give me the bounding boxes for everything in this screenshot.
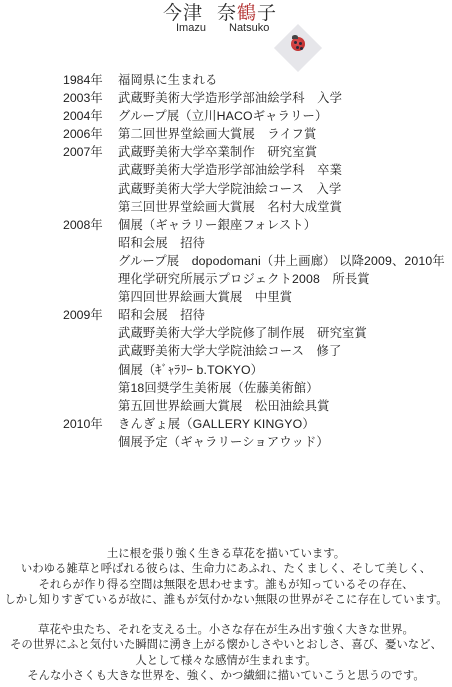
timeline-year [63,397,118,415]
timeline-year: 2006年 [63,125,118,143]
artist-given-name-romaji: Natsuko [229,22,269,34]
biography-timeline: 1984年福岡県に生まれる 2003年武蔵野美術大学造形学部油絵学科 入学 20… [63,71,452,451]
timeline-event: 第二回世界堂絵画大賞展 ライフ賞 [118,125,316,143]
timeline-row: 武蔵野美術大学大学院修了制作展 研究室賞 [63,324,452,342]
statement-line: 土に根を張り強く生きる草花を描いています。 [0,547,452,562]
timeline-year [63,288,118,306]
timeline-event: 武蔵野美術大学造形学部油絵学科 入学 [118,89,342,107]
timeline-event: 第五回世界絵画大賞展 松田油絵具賞 [118,397,330,415]
timeline-event: 昭和会展 招待 [118,306,205,324]
timeline-row: 2010年きんぎょ展（GALLERY KINGYO） [63,415,452,433]
statement-line: 草花や虫たち、それを支える土。小さな存在が生み出す強く大きな世界。 [0,623,452,638]
timeline-event: 個展（ｷﾞｬﾗﾘｰ b.TOKYO） [118,361,263,379]
timeline-year: 2010年 [63,415,118,433]
timeline-year [63,161,118,179]
statement-line: それらが作り得る空間は無限を思わせます。誰もが知っているその存在、 [0,578,452,593]
timeline-row: 第18回奨学生美術展（佐藤美術館） [63,379,452,397]
timeline-year [63,270,118,288]
timeline-year [63,234,118,252]
timeline-year [63,379,118,397]
timeline-row: 昭和会展 招待 [63,234,452,252]
timeline-year: 2008年 [63,216,118,234]
artist-family-name-romaji: Imazu [176,22,206,34]
timeline-row: 武蔵野美術大学造形学部油絵学科 卒業 [63,161,452,179]
timeline-row: 2008年個展（ギャラリー銀座フォレスト） [63,216,452,234]
timeline-event: 第三回世界堂絵画大賞展 名村大成堂賞 [118,198,342,216]
timeline-year [63,433,118,451]
timeline-year: 1984年 [63,71,118,89]
given-name-suffix: 子 [257,2,277,24]
statement-line: いわゆる雑草と呼ばれる彼らは、生命力にあふれ、たくましく、そして美しく、 [0,562,452,577]
timeline-event: 武蔵野美術大学大学院油絵コース 修了 [118,342,341,360]
timeline-row: 個展（ｷﾞｬﾗﾘｰ b.TOKYO） [63,361,452,379]
timeline-event: 第四回世界絵画大賞展 中里賞 [118,288,292,306]
timeline-event: 武蔵野美術大学大学院油絵コース 入学 [118,180,341,198]
timeline-row: 2009年昭和会展 招待 [63,306,452,324]
timeline-year: 2003年 [63,89,118,107]
timeline-row: 武蔵野美術大学大学院油絵コース 入学 [63,180,452,198]
timeline-event: 武蔵野美術大学大学院修了制作展 研究室賞 [118,324,367,342]
timeline-row: 2006年第二回世界堂絵画大賞展 ライフ賞 [63,125,452,143]
timeline-year [63,198,118,216]
timeline-row: 2003年武蔵野美術大学造形学部油絵学科 入学 [63,89,452,107]
timeline-event: 武蔵野美術大学造形学部油絵学科 卒業 [118,161,342,179]
timeline-row: 1984年福岡県に生まれる [63,71,452,89]
timeline-row: 2007年武蔵野美術大学卒業制作 研究室賞 [63,143,452,161]
timeline-row: 第三回世界堂絵画大賞展 名村大成堂賞 [63,198,452,216]
timeline-row: 2004年グループ展（立川HACOギャラリー） [63,107,452,125]
timeline-event: グループ展（立川HACOギャラリー） [118,107,327,125]
timeline-year: 2007年 [63,143,118,161]
profile-header: 今津奈鶴子 Imazu Natsuko [0,0,452,60]
timeline-event: 個展予定（ギャラリーショアウッド） [118,433,329,451]
timeline-row: 個展予定（ギャラリーショアウッド） [63,433,452,451]
statement-line: しかし知りすぎているが故に、誰もが気付かない無限の世界がそこに存在しています。 [0,593,452,608]
timeline-event: 福岡県に生まれる [118,71,218,89]
statement-line: そんな小さくも大きな世界を、強く、かつ繊細に描いていこうと思うのです。 [0,669,452,684]
statement-line: その世界にふと気付いた瞬間に湧き上がる懐かしさやいとおしさ、喜び、憂いなど、 [0,638,452,653]
timeline-year [63,252,118,270]
statement-line: 人として様々な感情が生まれます。 [0,654,452,669]
timeline-year [63,342,118,360]
ladybug-icon [291,37,305,51]
timeline-year: 2009年 [63,306,118,324]
timeline-row: 理化学研究所展示プロジェクト2008 所長賞 [63,270,452,288]
timeline-row: グループ展 dopodomani（井上画廊） 以降2009、2010年 [63,252,452,270]
timeline-event: 第18回奨学生美術展（佐藤美術館） [118,379,319,397]
timeline-year [63,361,118,379]
given-name-prefix: 奈 [217,2,237,24]
timeline-row: 第五回世界絵画大賞展 松田油絵具賞 [63,397,452,415]
timeline-event: グループ展 dopodomani（井上画廊） 以降2009、2010年 [118,252,445,270]
timeline-event: 理化学研究所展示プロジェクト2008 所長賞 [118,270,370,288]
timeline-row: 第四回世界絵画大賞展 中里賞 [63,288,452,306]
timeline-year [63,324,118,342]
artist-statement: 土に根を張り強く生きる草花を描いています。 いわゆる雑草と呼ばれる彼らは、生命力… [0,547,452,684]
timeline-year: 2004年 [63,107,118,125]
timeline-event: 昭和会展 招待 [118,234,205,252]
timeline-year [63,180,118,198]
timeline-event: 個展（ギャラリー銀座フォレスト） [118,216,316,234]
given-name-accent-char: 鶴 [237,2,257,24]
family-name: 今津 [163,2,203,24]
paragraph-spacer [0,608,452,623]
timeline-row: 武蔵野美術大学大学院油絵コース 修了 [63,342,452,360]
timeline-event: 武蔵野美術大学卒業制作 研究室賞 [118,143,317,161]
timeline-event: きんぎょ展（GALLERY KINGYO） [118,415,315,433]
